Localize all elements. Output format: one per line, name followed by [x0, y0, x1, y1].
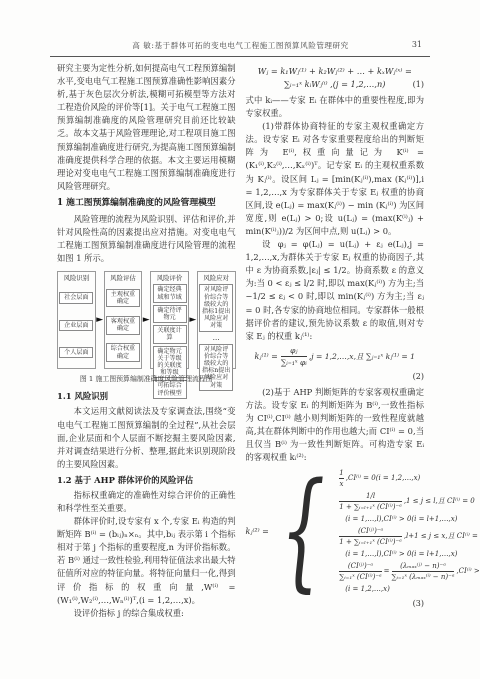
left-column: 研究主要为定性分析,如何提高电气工程预算编制水平,变电电气工程施工图预算准确性影… — [57, 62, 236, 620]
section-1-heading: 1 施工图预算编制准确度的风险管理模型 — [57, 197, 236, 210]
equation-1-line1: Wⱼ = k₁Wⱼ⁽¹⁾ + k₂Wⱼ⁽²⁾ + … + kₓWⱼ⁽ˣ⁾ = — [246, 65, 425, 78]
equation-3-label: (3) — [246, 597, 425, 610]
fraction-numerator: (CI⁽ʲ⁾)⁻ᵃ — [339, 562, 381, 571]
two-column-body: 研究主要为定性分析,如何提高电气工程预算编制水平,变电电气工程施工图预算准确性影… — [57, 62, 424, 620]
equation-2-label: (2) — [246, 370, 425, 383]
paper-page: 高 敏:基于群体可拓的变电电气工程施工图预算风险管理研究 31 研究主要为定性分… — [0, 0, 480, 679]
section-1-2-heading: 1.2 基于 AHP 群体评价的风险评估 — [57, 474, 236, 487]
case-condition: ,CI⁽ⁱ⁾ > 0 — [456, 567, 480, 576]
equation-2-post: ,j = 1,2,…,x,且 ∑ⱼ₌₁ˣ kⱼ⁽¹⁾ = 1 — [309, 352, 415, 362]
stage-title: 风险评价 — [157, 274, 183, 282]
fraction-denominator: ∑ᵢ₌₁ˣ (CI⁽ⁱ⁾)⁻ᵃ — [339, 571, 381, 582]
arrow-right-icon: ► — [143, 315, 150, 325]
flow-stage-risk-response: 风险应对 对风险评价综合等级较大的指标1提出风险应对对策 … 对风险评价综合等级… — [197, 271, 236, 369]
equation-3-lhs: kⱼ⁽²⁾ = — [246, 525, 269, 538]
case-4: (CI⁽ʲ⁾)⁻ᵃ ∑ᵢ₌₁ˣ (CI⁽ⁱ⁾)⁻ᵃ = (λₘₐₓ⁽ʲ⁾ − n… — [337, 562, 480, 582]
fraction-numerator: (λₘₐₓ⁽ʲ⁾ − n)⁻ᵃ — [392, 562, 455, 571]
fraction-denominator: ∑ᵢ₌₁ˣ (λₘₐₓ⁽ⁱ⁾ − n)⁻ᵃ — [392, 571, 455, 582]
fraction-denominator: ∑ᵢ₌₁ˣ φᵢ — [281, 356, 307, 368]
left-brace: { — [280, 467, 325, 595]
case-1: 1 x ,CI⁽ⁱ⁾ = 0(i = 1,2,…,x) — [337, 469, 480, 489]
subjective-weight-paragraph: (1)带群体协商特征的专家主观权重确定方法。设专家 Eᵢ 对各专家重要程度给出的… — [246, 120, 425, 238]
page-header: 高 敏:基于群体可拓的变电电气工程施工图预算风险管理研究 31 — [57, 40, 424, 54]
flow-box: 企业层面 — [59, 320, 93, 331]
fraction: (CI⁽ʲ⁾)⁻ᵃ ∑ᵢ₌₁ˣ (CI⁽ⁱ⁾)⁻ᵃ — [339, 562, 381, 582]
case-3: (CI⁽ʲ⁾)⁻ᵃ 1 + ∑ᵢ₌ₗ₊₁ˣ (CI⁽ⁱ⁾)⁻ᵃ ,l+1 ≤ j… — [337, 527, 480, 547]
case-2-note: (i = 1,…,l),CI⁽ⁱ⁾ > 0(i = l+1,…,x) — [337, 515, 480, 524]
fraction: (CI⁽ʲ⁾)⁻ᵃ 1 + ∑ᵢ₌ₗ₊₁ˣ (CI⁽ⁱ⁾)⁻ᵃ — [339, 527, 402, 547]
stage-title: 风险应对 — [203, 274, 229, 282]
equation-3: kⱼ⁽²⁾ = { 1 x ,CI⁽ⁱ⁾ = 0(i = 1,2,…,x) — [246, 467, 425, 610]
stage-title: 风险评估 — [110, 274, 136, 282]
flow-diagram: 风险识别 社会层面 企业层面 个人层面 ► 风险评估 主观权重确定 客观权重确定 — [57, 271, 236, 369]
flow-stage-risk-identification: 风险识别 社会层面 企业层面 个人层面 — [57, 271, 96, 369]
flow-box: 客观权重确定 — [106, 316, 140, 334]
section-1-paragraph: 风险管理的流程为风险识别、评估和评价,并针对风险性高的因素提出应对措施。对变电电… — [57, 213, 236, 265]
flow-box: 社会层面 — [59, 292, 93, 303]
case-condition: ,1 ≤ j ≤ l,且 CI⁽ⁱ⁾ = 0 — [404, 497, 475, 506]
section-1-2-paragraph-3: 设评价指标 j 的综合集成权重: — [57, 607, 236, 620]
case-2: 1/l 1 + ∑ᵢ₌ₗ₊₁ˣ (CI⁽ⁱ⁾)⁻ᵃ ,1 ≤ j ≤ l,且 C… — [337, 492, 480, 512]
fraction-denominator: 1 + ∑ᵢ₌ₗ₊₁ˣ (CI⁽ⁱ⁾)⁻ᵃ — [339, 536, 402, 547]
fraction-denominator: 1 + ∑ᵢ₌ₗ₊₁ˣ (CI⁽ⁱ⁾)⁻ᵃ — [339, 501, 402, 512]
figure-1: 风险识别 社会层面 企业层面 个人层面 ► 风险评估 主观权重确定 客观权重确定 — [57, 271, 236, 386]
fraction-numerator: φⱼ — [281, 346, 307, 356]
equation-3-cases: 1 x ,CI⁽ⁱ⁾ = 0(i = 1,2,…,x) 1/l 1 + ∑ᵢ₌ₗ… — [337, 469, 480, 594]
fraction-numerator: (CI⁽ʲ⁾)⁻ᵃ — [339, 527, 402, 536]
running-title: 高 敏:基于群体可拓的变电电气工程施工图预算风险管理研究 — [57, 40, 424, 51]
equation-1-label: (1) — [413, 78, 424, 91]
figure-caption: 图 1 施工图预算编制准确度风险管理流程图 — [57, 373, 236, 386]
case-condition: ,CI⁽ⁱ⁾ = 0(i = 1,2,…,x) — [346, 474, 421, 483]
flow-box: 主观权重确定 — [106, 289, 140, 307]
fraction: 1/l 1 + ∑ᵢ₌ₗ₊₁ˣ (CI⁽ⁱ⁾)⁻ᵃ — [339, 492, 402, 512]
objective-weight-paragraph: (2)基于 AHP 判断矩阵的专家客观权重确定方法。设专家 Eᵢ 的判断矩阵为 … — [246, 386, 425, 465]
case-3-note: (i = 1,…,l),CI⁽ⁱ⁾ > 0(i = l+1,…,x) — [337, 550, 480, 559]
negotiation-factor-paragraph: 设 φⱼ = φ(Lⱼ) = u(Lⱼ) + εⱼ e(Lⱼ),j = 1,2,… — [246, 238, 425, 343]
section-1-2-paragraph-2: 群体评价时,设专家有 x 个,专家 Eᵢ 构造的判断矩阵 B⁽ⁱ⁾ = (bᵢⱼ… — [57, 515, 236, 607]
equation-2-lhs: kⱼ⁽¹⁾ = — [255, 352, 278, 362]
flow-box: 对风险评价综合等级较大的指标1提出风险应对对策 — [199, 284, 233, 331]
stage-title: 风险识别 — [64, 274, 90, 282]
equation-1-legend: 式中 kᵢ——专家 Eᵢ 在群体中的重要性程度,即为专家权重。 — [246, 94, 425, 120]
flow-box: 确定待评物元 — [153, 305, 187, 323]
section-1-1-paragraph: 本文运用文献阅读法及专家调查法,围绕“变电电气工程施工图预算编制的全过程”,从社… — [57, 405, 236, 470]
flow-box: 关联度计算 — [153, 325, 187, 343]
fraction-numerator: 1 — [339, 469, 343, 478]
page-number: 31 — [412, 40, 422, 49]
flow-box: 个人层面 — [59, 347, 93, 358]
equals-sign: = — [384, 567, 390, 576]
flow-box: 综合权重确定 — [106, 343, 140, 361]
flow-stage-risk-assessment: 风险评估 主观权重确定 客观权重确定 综合权重确定 — [104, 271, 143, 369]
equation-2: kⱼ⁽¹⁾ = φⱼ ∑ᵢ₌₁ˣ φᵢ ,j = 1,2,…,x,且 ∑ⱼ₌₁ˣ… — [246, 346, 425, 383]
fraction: 1 x — [339, 469, 343, 489]
ellipsis: … — [213, 334, 220, 342]
section-1-2-paragraph-1: 指标权重确定的准确性对综合评价的正确性和科学性至关重要。 — [57, 489, 236, 515]
fraction-numerator: 1/l — [339, 492, 402, 501]
fraction-denominator: x — [339, 478, 343, 489]
paragraph-intro-continuation: 研究主要为定性分析,如何提高电气工程预算编制水平,变电电气工程施工图预算准确性影… — [57, 62, 236, 193]
case-4-note: (i = 1,2,…,x) — [337, 585, 480, 594]
right-column: Wⱼ = k₁Wⱼ⁽¹⁾ + k₂Wⱼ⁽²⁾ + … + kₓWⱼ⁽ˣ⁾ = ∑… — [246, 62, 425, 620]
header-rule — [50, 56, 430, 57]
arrow-right-icon: ► — [189, 315, 196, 325]
section-1-1-heading: 1.1 风险识别 — [57, 390, 236, 403]
fraction: (λₘₐₓ⁽ʲ⁾ − n)⁻ᵃ ∑ᵢ₌₁ˣ (λₘₐₓ⁽ⁱ⁾ − n)⁻ᵃ — [392, 562, 455, 582]
fraction: φⱼ ∑ᵢ₌₁ˣ φᵢ — [281, 346, 307, 368]
flow-stage-risk-evaluation: 风险评价 确定经典域和节域 确定待评物元 关联度计算 确定物元关于等级的关联度和… — [150, 271, 189, 369]
arrow-right-icon: ► — [96, 315, 103, 325]
equation-1: Wⱼ = k₁Wⱼ⁽¹⁾ + k₂Wⱼ⁽²⁾ + … + kₓWⱼ⁽ˣ⁾ = ∑… — [246, 65, 425, 91]
case-condition: ,l+1 ≤ j ≤ x,且 CI⁽ⁱ⁾ = 0 — [404, 532, 480, 541]
flow-box: 确定经典域和节域 — [153, 284, 187, 302]
equation-1-line2: ∑ᵢ₌₁ˣ kᵢWⱼ⁽ⁱ⁾ ,(j = 1,2,…,n) — [246, 78, 425, 91]
